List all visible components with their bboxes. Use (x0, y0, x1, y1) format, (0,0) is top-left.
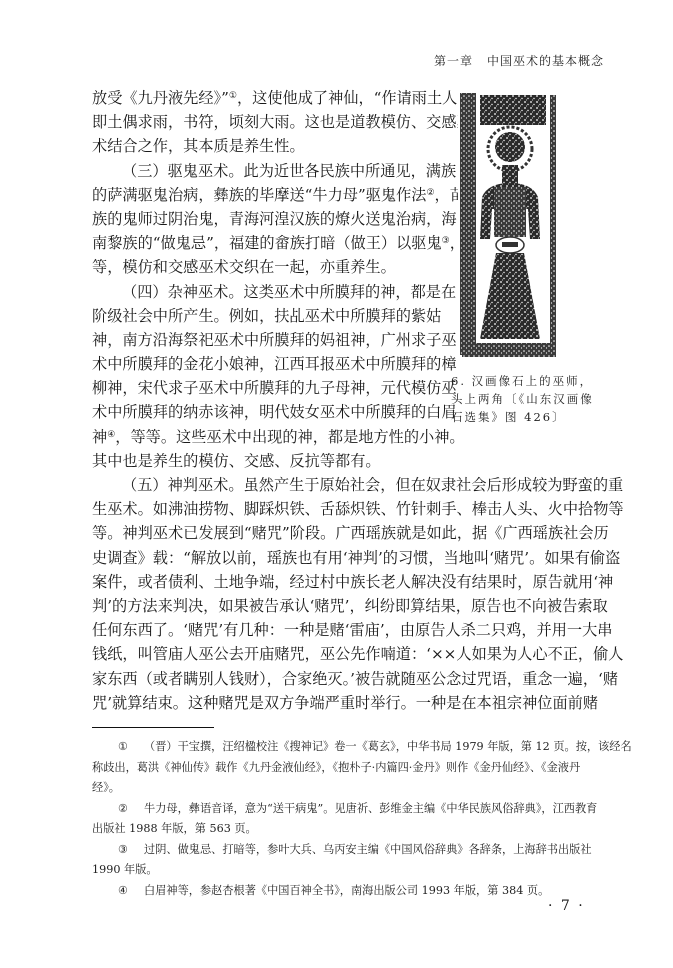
footnote-text: 称歧出，葛洪《神仙传》载作《九丹金液仙经》，《抱朴子·内篇四·金丹》则作《金丹仙… (92, 761, 580, 774)
footnote-line: 1990 年版。 (92, 860, 600, 881)
body-line: 术结合之作，其本质是养生性。 (92, 134, 442, 158)
footnote-text: 白眉神等，参赵杏根著《中国百神全书》，南海出版公司 1993 年版，第 384 … (144, 884, 549, 897)
footnote-text: 出版社 1988 年版，第 563 页。 (92, 822, 257, 835)
body-line: 其中也是养生的模仿、交感、反抗等都有。 (92, 449, 602, 473)
body-line: 史调查》载：“解放以前，瑶族也有用‘神判’的习惯，当地叫‘赌咒’。如果有偷盗 (92, 546, 602, 570)
body-line: （四）杂神巫术。这类巫术中所膜拜的神，都是在 (92, 280, 472, 304)
body-line-text: 族的鬼师过阴治鬼，青海河湟汉族的燎火送鬼治病，海 (92, 210, 457, 228)
body-line-text: 阶级社会中所产生。例如，扶乩巫术中所膜拜的紫姑 (92, 307, 441, 325)
body-line-text: （四）杂神巫术。这类巫术中所膜拜的神，都是在 (122, 283, 456, 301)
footnote-line: ②牛力母，彝语音译，意为“送干病鬼”。见唐祈、彭维金主编《中华民族风俗辞典》，江… (92, 799, 600, 820)
caption-line: 石选集》图 426〕 (451, 408, 611, 426)
caption-line: 头上两角〔《山东汉画像 (451, 390, 611, 408)
footnote-text: （晋）干宝撰，汪绍楹校注《搜神记》卷一《葛玄》，中华书局 1979 年版，第 1… (144, 740, 632, 753)
body-line: 族的鬼师过阴治鬼，青海河湟汉族的燎火送鬼治病，海 (92, 207, 442, 231)
footnote-number: ② (118, 799, 144, 820)
body-line-text: 等。神判巫术已发展到“赌咒”阶段。广西瑶族就是如此，据《广西瑶族社会历 (92, 524, 609, 542)
body-line: 神④，等等。这些巫术中出现的神，都是地方性的小神。 (92, 425, 442, 449)
footnote-line: 出版社 1988 年版，第 563 页。 (92, 819, 600, 840)
body-line-text: 神 (92, 428, 107, 446)
body-line: 即土偶求雨，书符，顷刻大雨。这也是道教模仿、交感巫 (92, 110, 442, 134)
body-line-text: ，等等。这些巫术中出现的神，都是地方性的小神。 (115, 428, 464, 446)
body-line: 术中所膜拜的纳赤该神，明代妓女巫术中所膜拜的白眉 (92, 400, 442, 424)
body-line-text: 咒’就算结束。这种赌咒是双方争端严重时举行。一种是在本祖宗神位面前赌 (92, 694, 598, 712)
footnote-reference[interactable]: ② (426, 188, 434, 198)
body-line: 钱纸，叫管庙人巫公去开庙赌咒，巫公先作喃道：‘××人如果为人心不正，偷人 (92, 642, 602, 666)
body-line-text: 神，南方沿海祭祀巫术中所膜拜的妈祖神，广州求子巫 (92, 331, 457, 349)
body-line: 的萨满驱鬼治病，彝族的毕摩送“牛力母”驱鬼作法②，苗 (92, 183, 442, 207)
body-line: 放受《九丹液先经》”①，这使他成了神仙，“作请雨土人”， (92, 86, 442, 110)
footnote-line: ③过阴、做鬼忌、打暗等，参叶大兵、乌丙安主编《中国风俗辞典》各辞条，上海辞书出版… (92, 840, 600, 861)
footnote-text: 过阴、做鬼忌、打暗等，参叶大兵、乌丙安主编《中国风俗辞典》各辞条，上海辞书出版社 (144, 843, 592, 856)
page-number: · 7 · (548, 898, 585, 914)
footnote-line: ④白眉神等，参赵杏根著《中国百神全书》，南海出版公司 1993 年版，第 384… (92, 881, 600, 902)
running-header: 第一章中国巫术的基本概念 (434, 52, 604, 69)
footnote-line: 经》。 (92, 778, 600, 799)
body-line-text: 任何东西了。‘赌咒’有几种：一种是赌‘雷庙’，由原告人杀二只鸡，并用一大串 (92, 621, 613, 639)
footnote-reference[interactable]: ③ (442, 236, 450, 246)
footnote-number: ① (118, 737, 144, 758)
footnote-text: 牛力母，彝语音译，意为“送干病鬼”。见唐祈、彭维金主编《中华民族风俗辞典》，江西… (144, 802, 597, 815)
chapter-label: 第一章 (434, 54, 473, 68)
caption-line: 6. 汉画像石上的巫师， (451, 372, 611, 390)
footnote-line: ①（晋）干宝撰，汪绍楹校注《搜神记》卷一《葛玄》，中华书局 1979 年版，第 … (92, 737, 600, 758)
body-line-text: ，这使他成了神仙，“作请雨土人”， (237, 89, 480, 107)
body-line: 南黎族的“做鬼忌”，福建的畲族打暗（做王）以驱鬼③，等 (92, 231, 442, 255)
body-line: 家东西（或者瞒别人钱财），合家绝灭。’被告就随巫公念过咒语，重念一遍，‘赌 (92, 667, 602, 691)
body-line: 术中所膜拜的金花小娘神，江西耳报巫术中所膜拜的樟 (92, 352, 442, 376)
body-line-text: 的萨满驱鬼治病，彝族的毕摩送“牛力母”驱鬼作法 (92, 186, 426, 204)
body-line: 等，模仿和交感巫术交织在一起，亦重养生。 (92, 255, 442, 279)
body-line: 判’的方法来判决，如果被告承认‘赌咒’，纠纷即算结果，原告也不向被告索取 (92, 594, 602, 618)
body-line: 阶级社会中所产生。例如，扶乩巫术中所膜拜的紫姑 (92, 304, 442, 328)
body-line: 等。神判巫术已发展到“赌咒”阶段。广西瑶族就是如此，据《广西瑶族社会历 (92, 521, 602, 545)
body-line-text: 术中所膜拜的纳赤该神，明代妓女巫术中所膜拜的白眉 (92, 403, 457, 421)
body-line-text: 钱纸，叫管庙人巫公去开庙赌咒，巫公先作喃道：‘××人如果为人心不正，偷人 (92, 645, 623, 663)
body-line-text: 术中所膜拜的金花小娘神，江西耳报巫术中所膜拜的樟 (92, 355, 457, 373)
body-line-text: 判’的方法来判决，如果被告承认‘赌咒’，纠纷即算结果，原告也不向被告索取 (92, 597, 608, 615)
body-line: 柳神，宋代求子巫术中所膜拜的九子母神，元代模仿巫 (92, 376, 442, 400)
body-line-text: 案件，或者债利、土地争端，经过村中族长老人解决没有结果时，原告就用‘神 (92, 573, 613, 591)
footnote-text: 1990 年版。 (92, 863, 158, 876)
body-line-text: 术结合之作，其本质是养生性。 (92, 137, 305, 155)
footnote-divider (92, 727, 214, 728)
body-line: 任何东西了。‘赌咒’有几种：一种是赌‘雷庙’，由原告人杀二只鸡，并用一大串 (92, 618, 602, 642)
footnote-text: 经》。 (92, 781, 120, 794)
footnote-line: 称歧出，葛洪《神仙传》载作《九丹金液仙经》，《抱朴子·内篇四·金丹》则作《金丹仙… (92, 758, 600, 779)
body-line-text: 即土偶求雨，书符，顷刻大雨。这也是道教模仿、交感巫 (92, 113, 472, 131)
body-line-text: 生巫术。如沸油捞物、脚踩炽铁、舌舔炽铁、竹针刺手、棒击人头、火中拾物等 (92, 500, 624, 518)
figure-caption: 6. 汉画像石上的巫师，头上两角〔《山东汉画像石选集》图 426〕 (451, 372, 611, 426)
chapter-title: 中国巫术的基本概念 (487, 54, 604, 68)
body-line-text: 其中也是养生的模仿、交感、反抗等都有。 (92, 452, 381, 470)
body-line: （五）神判巫术。虽然产生于原始社会，但在奴隶社会后形成较为野蛮的重 (92, 473, 602, 497)
body-line-text: 史调查》载：“解放以前，瑶族也有用‘神判’的习惯，当地叫‘赌咒’。如果有偷盗 (92, 549, 620, 567)
body-line-text: 南黎族的“做鬼忌”，福建的畲族打暗（做王）以驱鬼 (92, 234, 442, 252)
body-line: 生巫术。如沸油捞物、脚踩炽铁、舌舔炽铁、竹针刺手、棒击人头、火中拾物等 (92, 497, 602, 521)
body-line-text: 等，模仿和交感巫术交织在一起，亦重养生。 (92, 258, 396, 276)
footnote-number: ③ (118, 840, 144, 861)
body-line: 案件，或者债利、土地争端，经过村中族长老人解决没有结果时，原告就用‘神 (92, 570, 602, 594)
body-line-text: 放受《九丹液先经》” (92, 89, 229, 107)
body-line: 咒’就算结束。这种赌咒是双方争端严重时举行。一种是在本祖宗神位面前赌 (92, 691, 602, 715)
body-line-text: 柳神，宋代求子巫术中所膜拜的九子母神，元代模仿巫 (92, 379, 457, 397)
stone-relief-shaman-image (458, 89, 564, 365)
body-line-text: （五）神判巫术。虽然产生于原始社会，但在奴隶社会后形成较为野蛮的重 (122, 476, 623, 494)
body-line: 神，南方沿海祭祀巫术中所膜拜的妈祖神，广州求子巫 (92, 328, 442, 352)
body-line: （三）驱鬼巫术。此为近世各民族中所通见，满族 (92, 159, 472, 183)
footnote-reference[interactable]: ① (229, 91, 237, 101)
body-line-text: 家东西（或者瞒别人钱财），合家绝灭。’被告就随巫公念过咒语，重念一遍，‘赌 (92, 670, 618, 688)
footnotes: ①（晋）干宝撰，汪绍楹校注《搜神记》卷一《葛玄》，中华书局 1979 年版，第 … (92, 737, 600, 901)
footnote-number: ④ (118, 881, 144, 902)
body-line-text: （三）驱鬼巫术。此为近世各民族中所通见，满族 (122, 162, 456, 180)
